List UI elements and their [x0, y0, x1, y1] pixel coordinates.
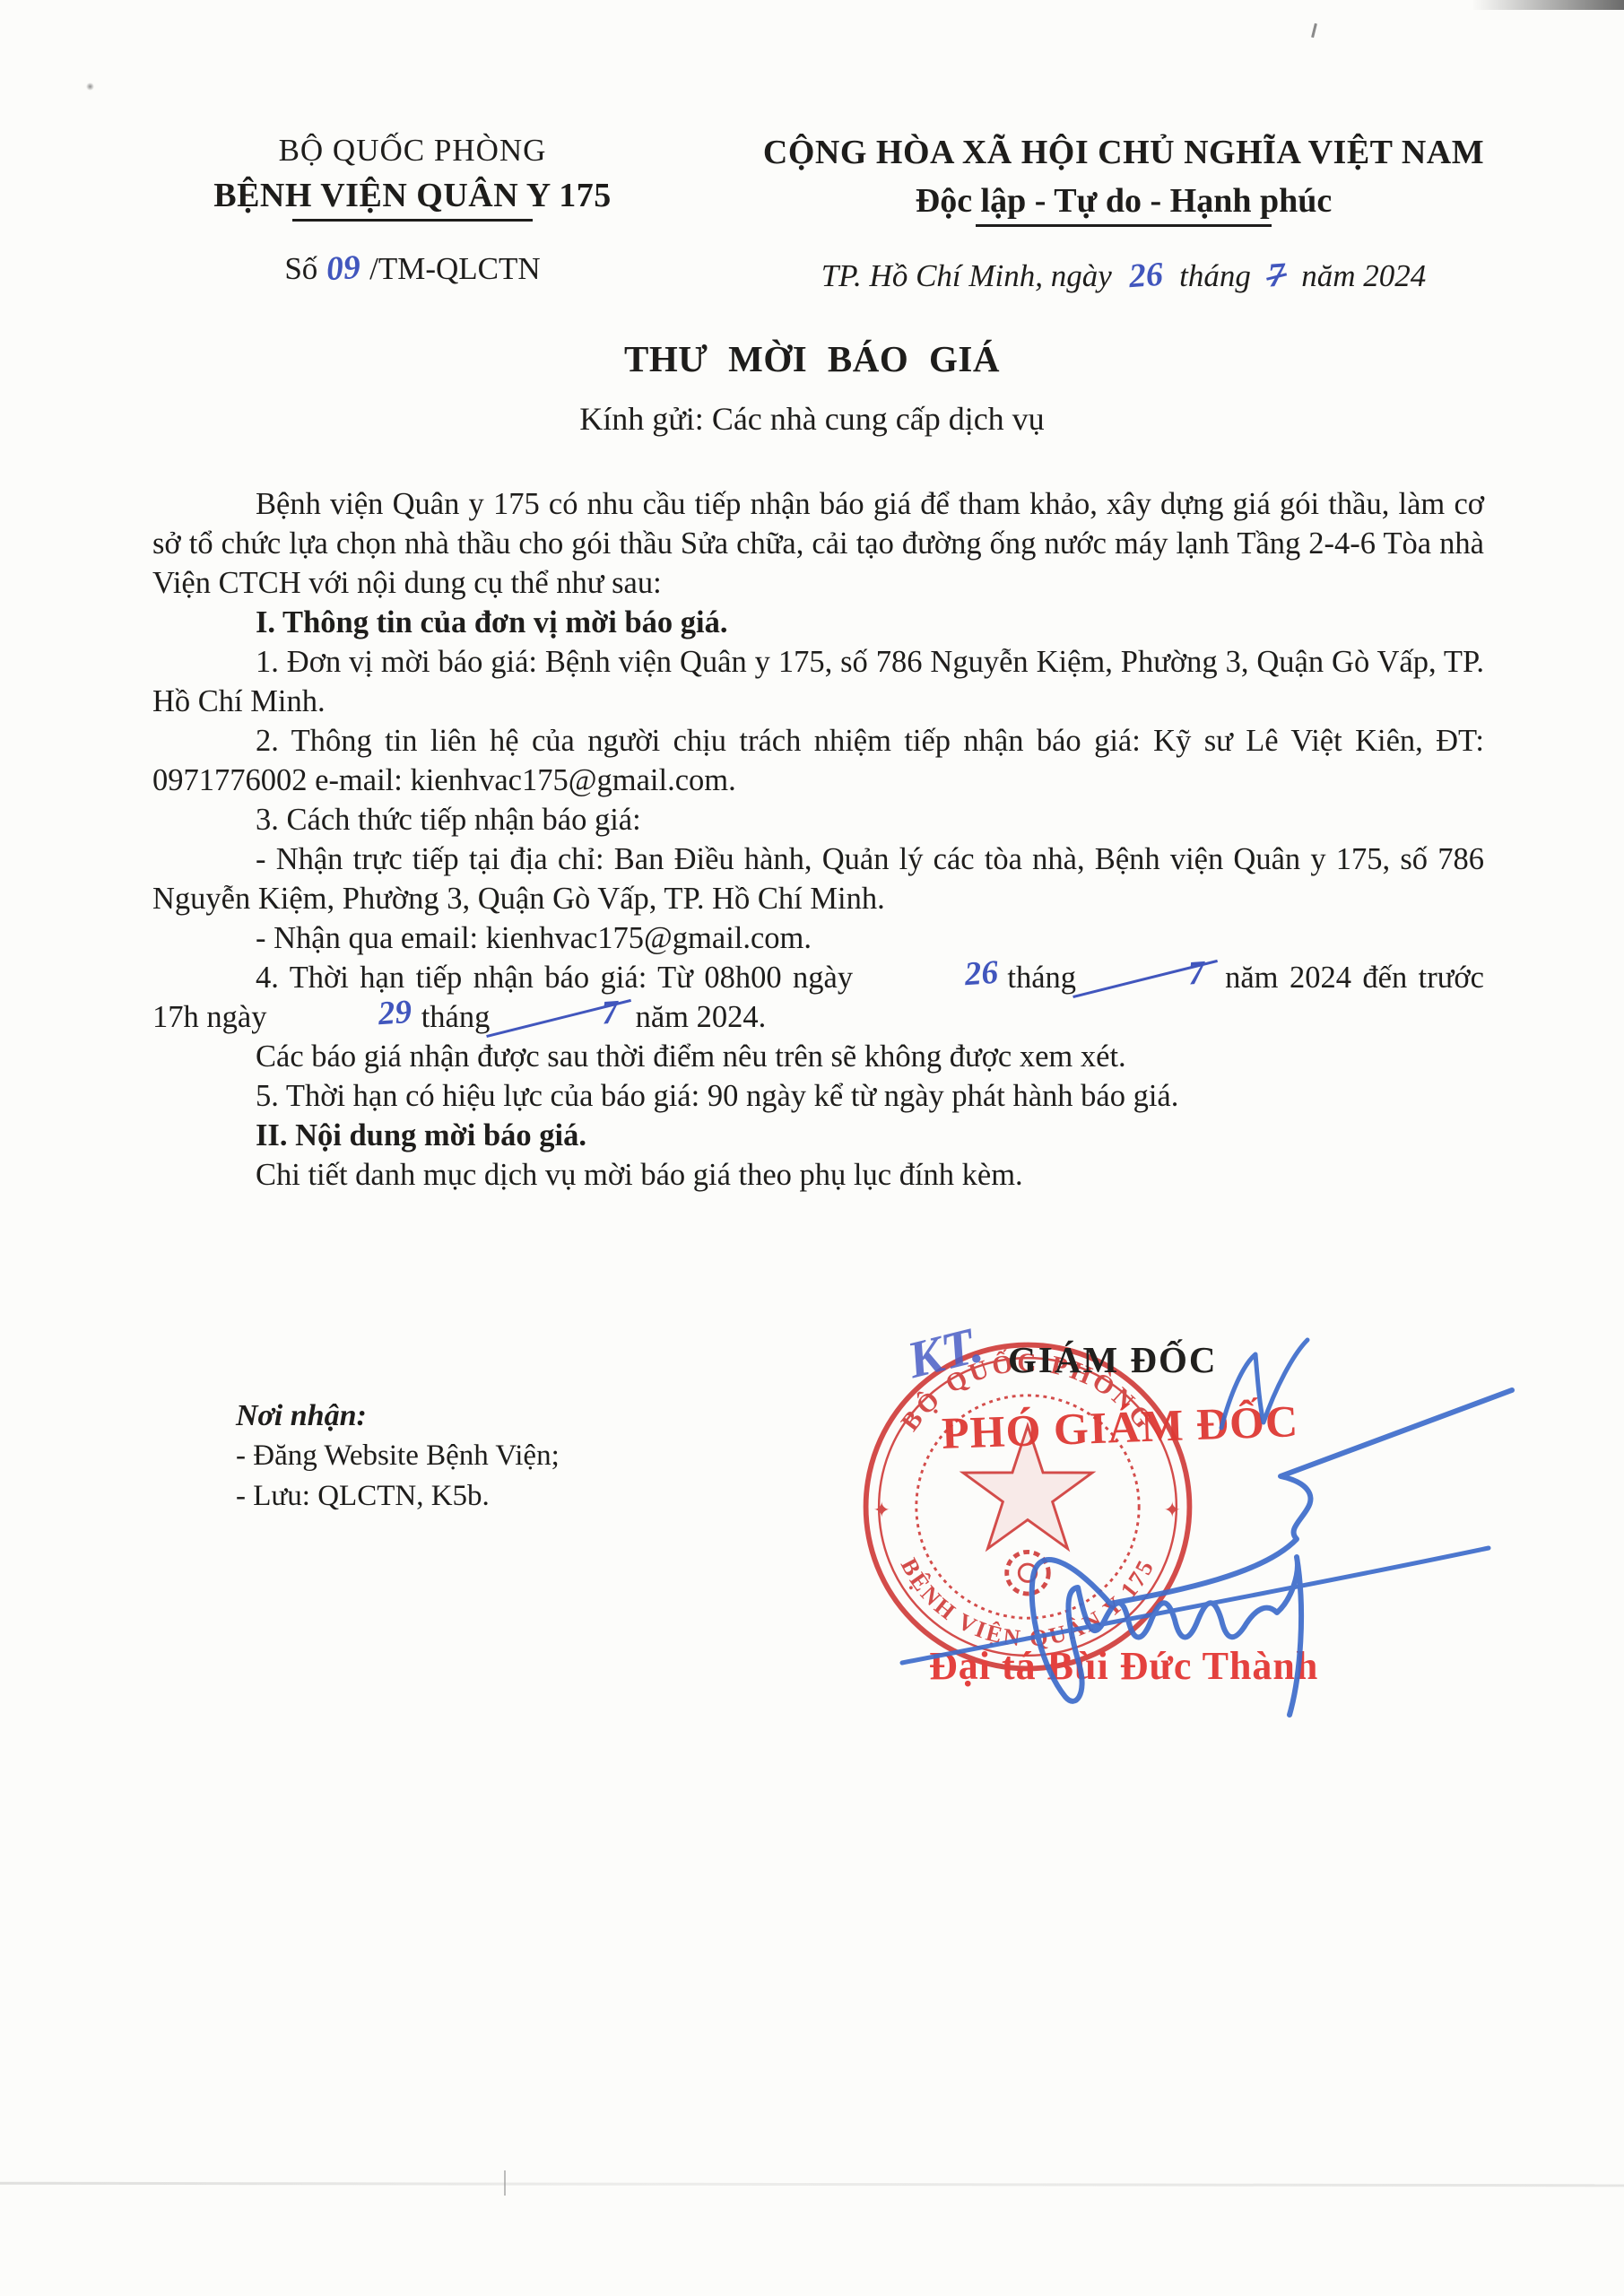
- handwritten-header-day: 26: [1127, 255, 1164, 297]
- section-2-text: Chi tiết danh mục dịch vụ mời báo giá th…: [152, 1155, 1484, 1195]
- deadline-text-2: tháng: [1007, 961, 1076, 995]
- signature-flourish-stroke: [1221, 1340, 1307, 1428]
- signature-main-stroke: [1032, 1390, 1512, 1715]
- unit-underline: [292, 219, 533, 222]
- item-3-receive-method: 3. Cách thức tiếp nhận báo giá:: [152, 800, 1484, 839]
- item-3a-direct-address: - Nhận trực tiếp tại địa chỉ: Ban Điều h…: [152, 839, 1484, 918]
- deadline-text-1: 4. Thời hạn tiếp nhận báo giá: Từ 08h00 …: [256, 961, 853, 995]
- scanned-document-page: BỘ QUỐC PHÒNG BỆNH VIỆN QUÂN Y 175 Số09/…: [0, 0, 1624, 2296]
- ref-prefix: Số: [284, 251, 317, 286]
- item-1-inviting-unit: 1. Đơn vị mời báo giá: Bệnh viện Quân y …: [152, 642, 1484, 721]
- recipients-heading: Nơi nhận:: [236, 1396, 560, 1436]
- document-body: Bệnh viện Quân y 175 có nhu cầu tiếp nhậ…: [152, 484, 1484, 1195]
- salutation: Kính gửi: Các nhà cung cấp dịch vụ: [0, 400, 1624, 438]
- deadline-text-4: tháng: [421, 1000, 491, 1034]
- signature-underline-stroke: [902, 1548, 1489, 1663]
- issuing-unit-block: BỘ QUỐC PHÒNG BỆNH VIỆN QUÂN Y 175 Số09/…: [135, 133, 690, 288]
- recipient-item-archive: - Lưu: QLCTN, K5b.: [236, 1476, 560, 1517]
- item-4-note: Các báo giá nhận được sau thời điểm nêu …: [152, 1037, 1484, 1076]
- handwritten-day-1: 26: [861, 953, 1000, 1003]
- recipients-block: Nơi nhận: - Đăng Website Bệnh Viện; - Lư…: [236, 1396, 560, 1517]
- item-5-validity: 5. Thời hạn có hiệu lực của báo giá: 90 …: [152, 1076, 1484, 1116]
- national-motto-line1: CỘNG HÒA XÃ HỘI CHỦ NGHĨA VIỆT NAM: [725, 133, 1523, 172]
- date-mid: tháng: [1171, 258, 1258, 293]
- item-2-contact-info: 2. Thông tin liên hệ của người chịu trác…: [152, 721, 1484, 800]
- signature-block: KT. GIÁM ĐỐC PHÓ GIÁM ĐỐC BỘ QUỐC PHÒNG …: [807, 1291, 1624, 1848]
- national-header-block: CỘNG HÒA XÃ HỘI CHỦ NGHĨA VIỆT NAM Độc l…: [725, 133, 1523, 295]
- handwritten-header-month: 7: [1266, 255, 1286, 295]
- scan-artifact-dot: [86, 83, 94, 91]
- handwritten-month-2: 7: [498, 993, 620, 1040]
- national-motto-line2: Độc lập - Tự do - Hạnh phúc: [725, 181, 1523, 221]
- section-2-heading: II. Nội dung mời báo giá.: [152, 1116, 1484, 1155]
- ref-suffix: /TM-QLCTN: [369, 251, 541, 286]
- paragraph-intro: Bệnh viện Quân y 175 có nhu cầu tiếp nhậ…: [152, 484, 1484, 603]
- section-1-heading: I. Thông tin của đơn vị mời báo giá.: [152, 603, 1484, 642]
- recipient-item-website: - Đăng Website Bệnh Viện;: [236, 1436, 560, 1476]
- unit-name: BỆNH VIỆN QUÂN Y 175: [135, 176, 690, 215]
- date-line: TP. Hồ Chí Minh, ngày 26 tháng 7 năm 202…: [725, 256, 1523, 295]
- scan-artifact-fold-tick: [504, 2170, 506, 2196]
- date-suffix: năm 2024: [1294, 258, 1427, 293]
- ministry-name: BỘ QUỐC PHÒNG: [135, 133, 690, 169]
- deadline-text-5: năm 2024.: [636, 1000, 767, 1034]
- motto-underline: [976, 224, 1272, 227]
- handwritten-day-2: 29: [274, 993, 413, 1042]
- handwritten-month-1: 7: [1084, 953, 1206, 1001]
- item-3b-email: - Nhận qua email: kienhvac175@gmail.com.: [152, 918, 1484, 958]
- scan-artifact-fold-line: [0, 2182, 1624, 2187]
- item-4-deadline: 4. Thời hạn tiếp nhận báo giá: Từ 08h00 …: [152, 958, 1484, 1037]
- document-title: THƯ MỜI BÁO GIÁ: [0, 337, 1624, 380]
- date-prefix: TP. Hồ Chí Minh, ngày: [821, 258, 1120, 293]
- scan-artifact-corner-smudge: [1472, 0, 1624, 10]
- handwritten-ref-number: 09: [326, 248, 362, 290]
- scan-artifact-top-tick: [1311, 23, 1317, 38]
- blue-ink-signature: [807, 1291, 1624, 1848]
- reference-number-line: Số09/TM-QLCTN: [135, 248, 690, 288]
